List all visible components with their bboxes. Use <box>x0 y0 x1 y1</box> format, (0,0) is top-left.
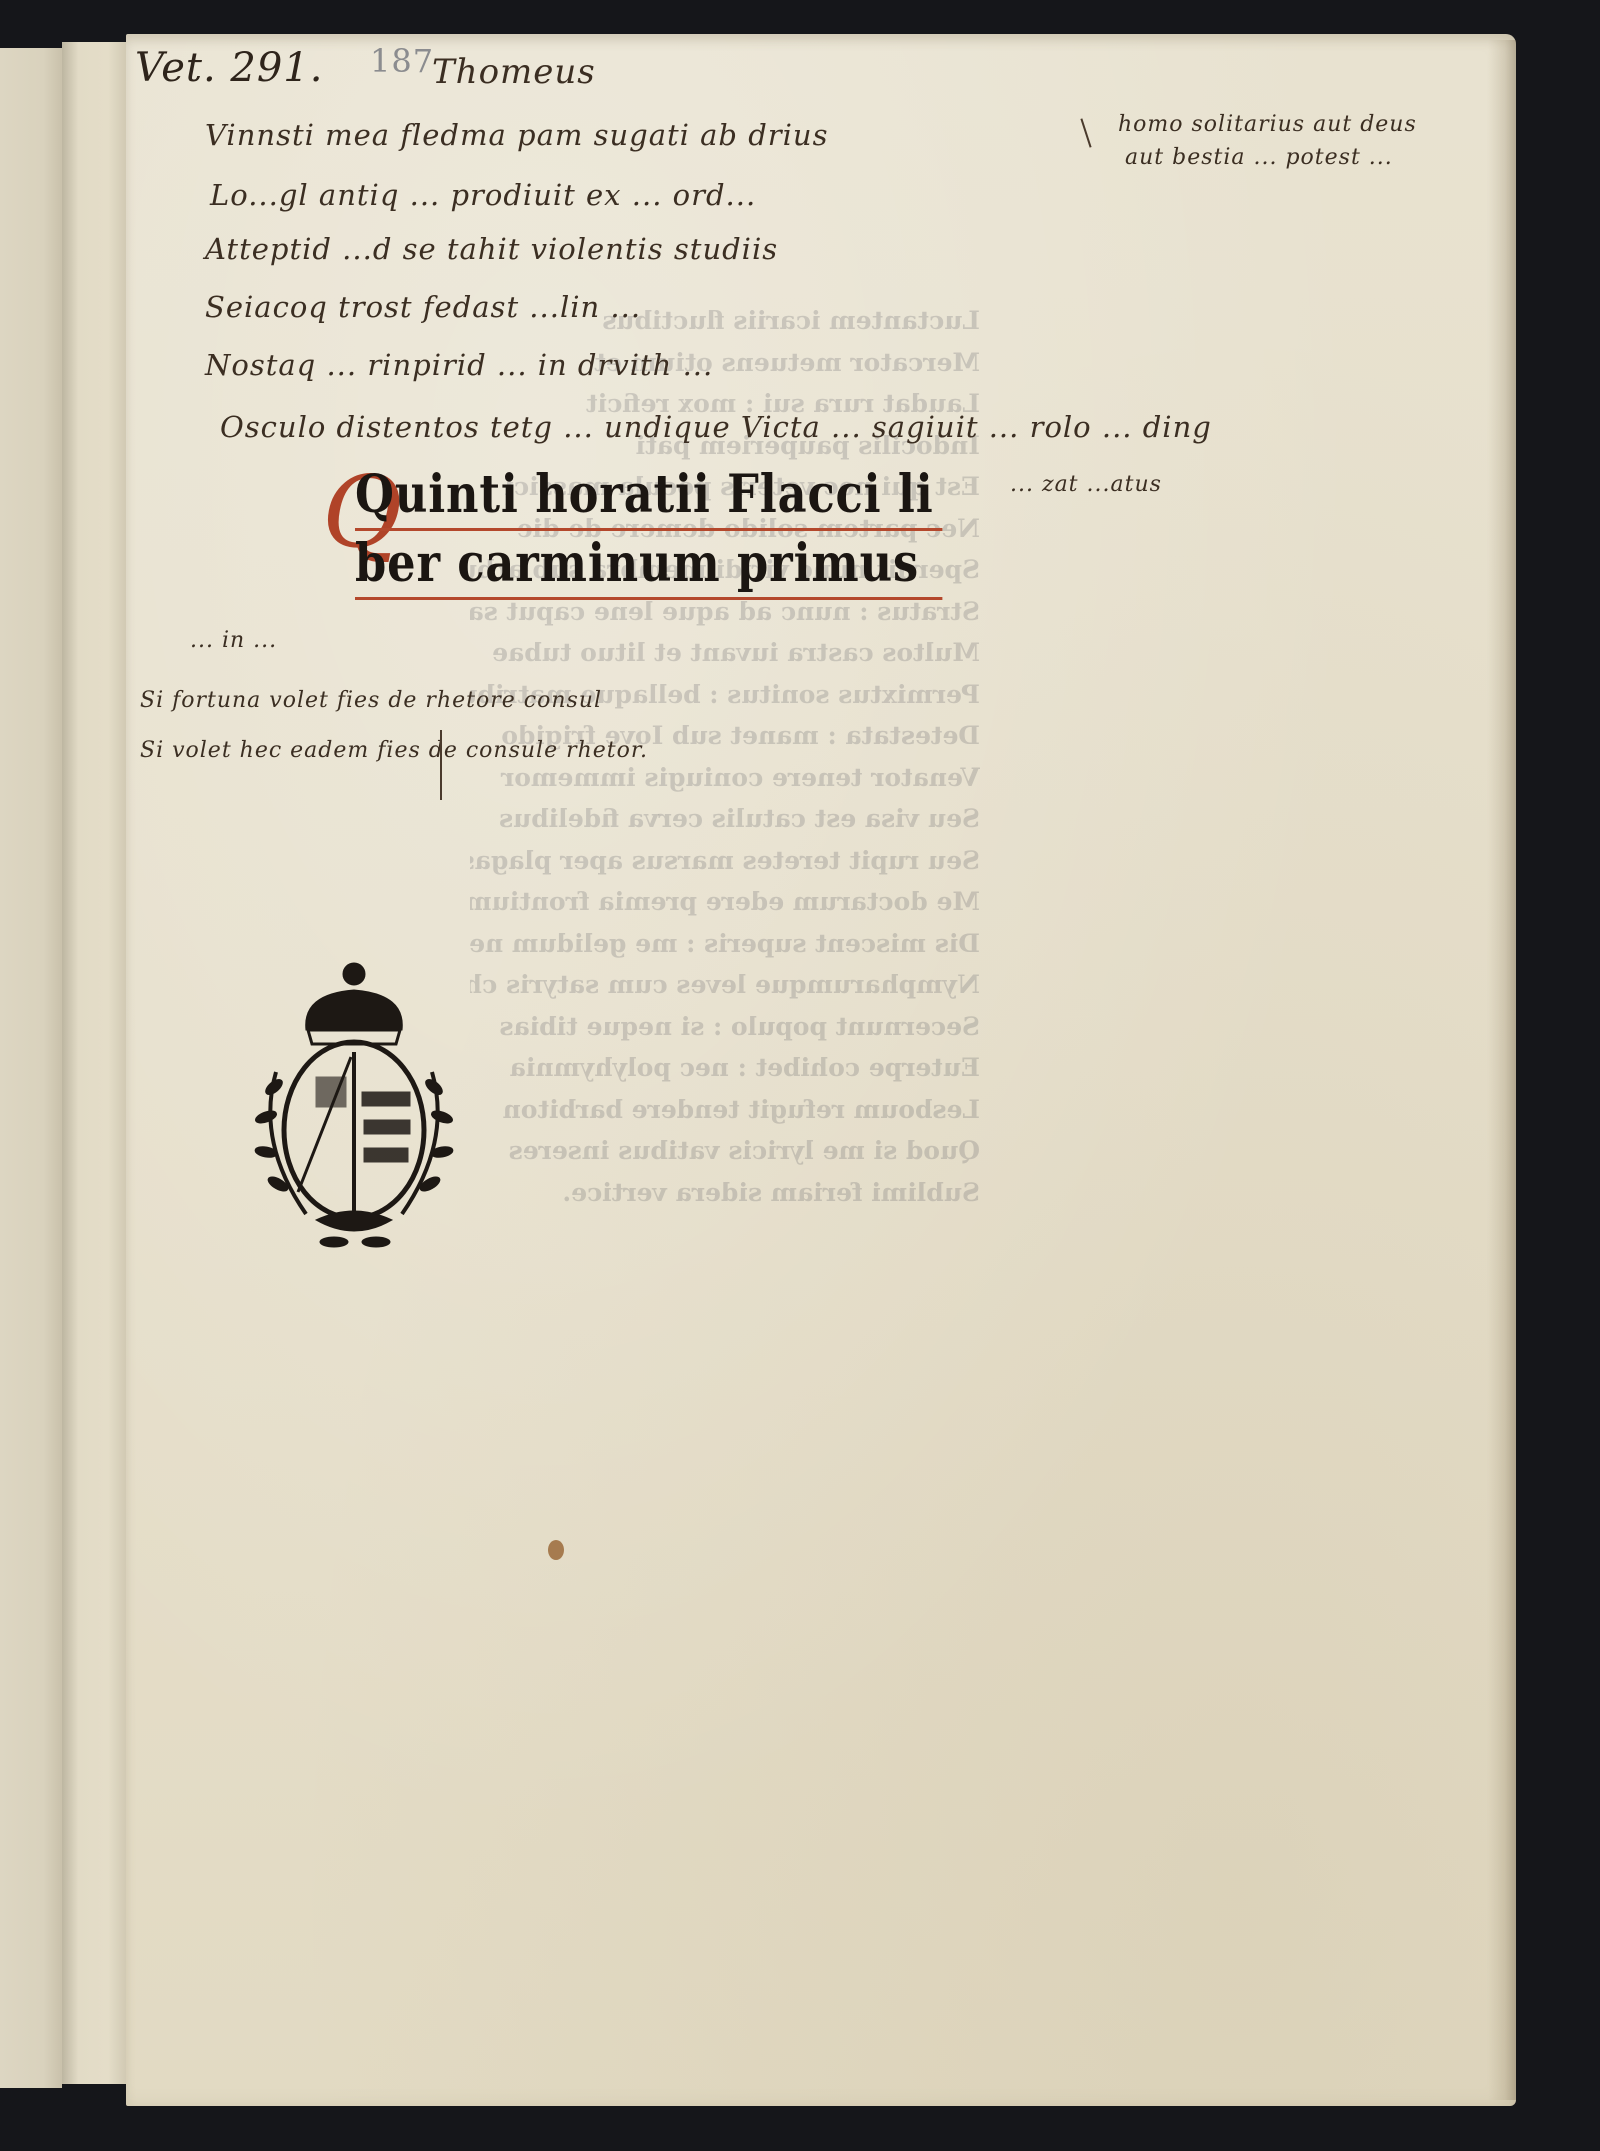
printed-title-line: ber carminum primus <box>355 531 942 600</box>
annotation-verse: Vinnsti mea fledma pam sugati ab drius <box>205 118 828 152</box>
printed-title: Quinti horatii Flacci li ber carminum pr… <box>355 462 942 600</box>
library-stamp-icon <box>236 952 476 1252</box>
annotation-verse: Seiacoq trost fedast ...lin ... <box>205 290 641 324</box>
pencil-shelf-number: 187 <box>370 42 434 80</box>
printed-title-line: Quinti horatii Flacci li <box>355 462 942 531</box>
annotation-below-title: Si fortuna volet fies de rhetore consul <box>140 688 602 713</box>
annotation-verse: Atteptid ...d se tahit violentis studiis <box>205 232 778 266</box>
annotation-below-title: ... in ... <box>190 628 277 653</box>
annotation-below-title: Si volet hec eadem fies de consule rheto… <box>140 738 648 763</box>
page-fore-edge <box>1488 40 1516 2100</box>
annotation-verse: Lo...gl antiq ... prodiuit ex ... ord... <box>210 178 756 212</box>
margin-note-line: aut bestia ... potest ... <box>1125 145 1393 170</box>
annotation-verse: ... zat ...atus <box>1010 472 1162 497</box>
foxing-stain <box>548 1540 564 1560</box>
binding-guard-strip <box>62 42 129 2084</box>
document-scan: Luctantem icariis fluctibus Mercator met… <box>0 0 1600 2151</box>
margin-note-line: homo solitarius aut deus <box>1118 112 1417 137</box>
annotation-heading: Thomeus <box>432 52 596 92</box>
previous-leaf-edge <box>0 48 62 2088</box>
shelfmark: Vet. 291. <box>135 45 323 91</box>
annotation-verse: Nostaq ... rinpirid ... in drvith ... <box>205 348 713 382</box>
annotation-verse: Osculo distentos tetg ... undique Victa … <box>220 410 1212 444</box>
annotation-stroke <box>440 730 442 800</box>
